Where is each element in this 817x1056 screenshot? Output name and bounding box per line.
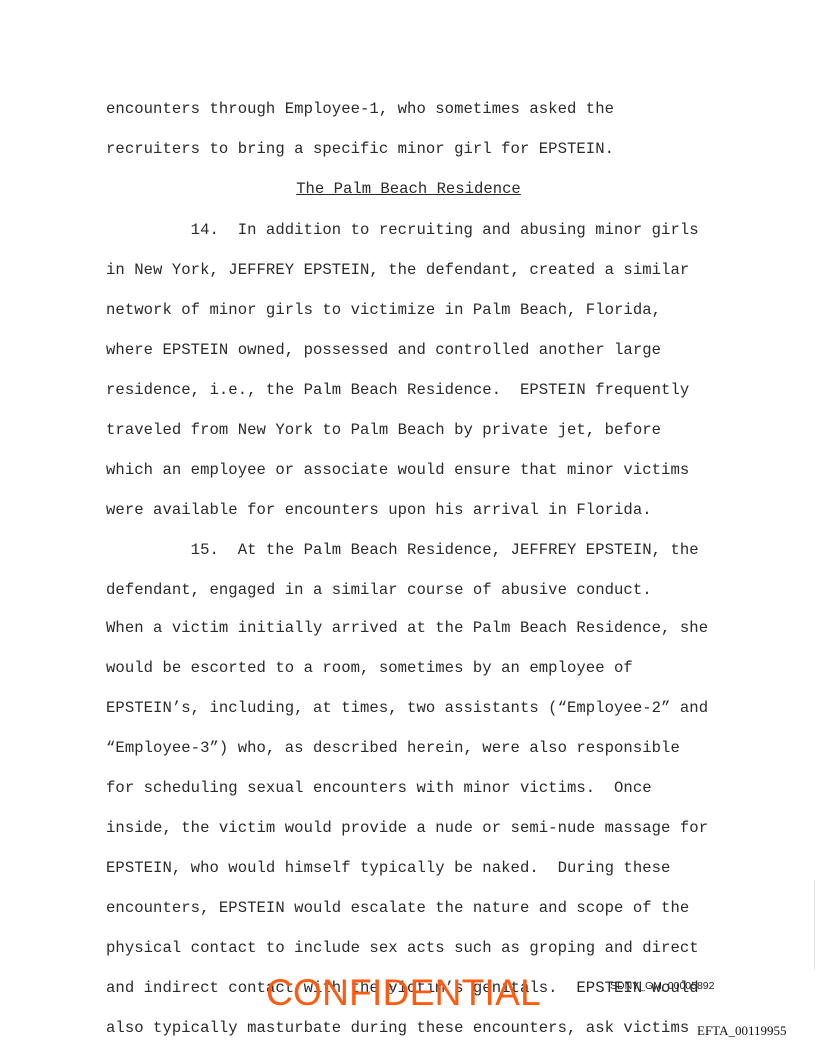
paragraph-14-line: traveled from New York to Palm Beach by …	[106, 421, 661, 439]
paragraph-14-line: in New York, JEFFREY EPSTEIN, the defend…	[106, 261, 689, 279]
paragraph-14-line: were available for encounters upon his a…	[106, 501, 652, 519]
efta-id: EFTA_00119955	[697, 1023, 786, 1039]
paragraph-15-line: When a victim initially arrived at the P…	[106, 619, 708, 637]
section-heading-text: The Palm Beach Residence	[296, 180, 521, 198]
paragraph-14-line: 14. In addition to recruiting and abusin…	[106, 221, 699, 239]
paragraph-14-line: which an employee or associate would ens…	[106, 461, 689, 479]
paragraph-14-line: network of minor girls to victimize in P…	[106, 301, 661, 319]
paragraph-15-line: also typically masturbate during these e…	[106, 1019, 689, 1037]
paragraph-15-line: encounters, EPSTEIN would escalate the n…	[106, 899, 689, 917]
paragraph-15-line: “Employee-3”) who, as described herein, …	[106, 739, 680, 757]
document-page: encounters through Employee-1, who somet…	[0, 0, 817, 1056]
paragraph-15-line: defendant, engaged in a similar course o…	[106, 581, 652, 599]
scan-edge-divider	[814, 880, 815, 970]
text-line: recruiters to bring a specific minor gir…	[106, 140, 614, 158]
paragraph-15-line: physical contact to include sex acts suc…	[106, 939, 699, 957]
paragraph-15-line: for scheduling sexual encounters with mi…	[106, 779, 652, 797]
bates-number: SDNY_GM_00005892	[610, 980, 714, 992]
text-line: encounters through Employee-1, who somet…	[106, 100, 614, 118]
section-heading: The Palm Beach Residence	[0, 180, 817, 198]
paragraph-15-line: inside, the victim would provide a nude …	[106, 819, 708, 837]
paragraph-14-line: residence, i.e., the Palm Beach Residenc…	[106, 381, 689, 399]
paragraph-15-line: EPSTEIN’s, including, at times, two assi…	[106, 699, 708, 717]
paragraph-15-line: 15. At the Palm Beach Residence, JEFFREY…	[106, 541, 699, 559]
paragraph-14-line: where EPSTEIN owned, possessed and contr…	[106, 341, 661, 359]
paragraph-15-line: EPSTEIN, who would himself typically be …	[106, 859, 670, 877]
paragraph-15-line: would be escorted to a room, sometimes b…	[106, 659, 633, 677]
confidential-stamp: CONFIDENTIAL	[266, 972, 541, 1014]
